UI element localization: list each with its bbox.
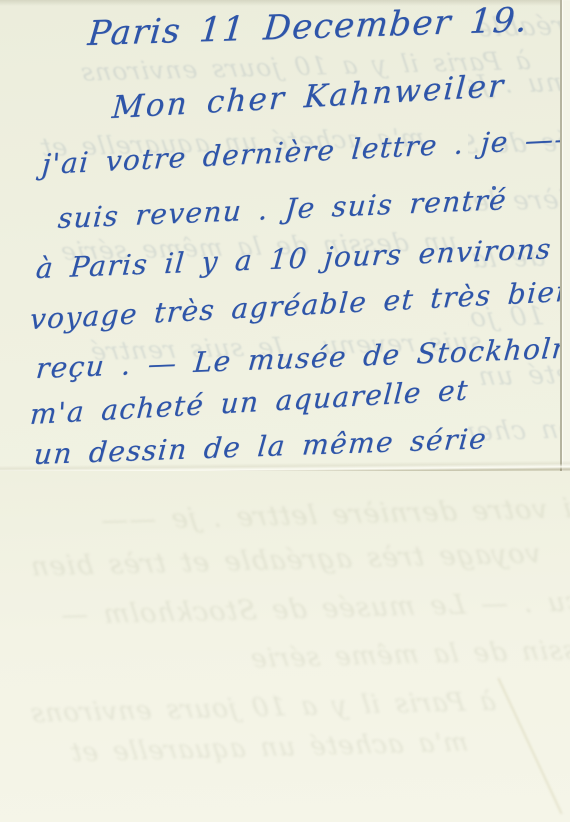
page-right-edge bbox=[560, 0, 570, 471]
ink-showthrough: voyage très agréable et très bien bbox=[28, 538, 542, 582]
ink-showthrough: m'a acheté un aquarelle et bbox=[68, 728, 470, 768]
top-edge-shadow bbox=[0, 0, 570, 6]
ink-showthrough: un dessin de la même série bbox=[248, 634, 570, 675]
date-line: Paris 11 December 19. bbox=[86, 0, 530, 54]
ink-showthrough: reçu . — Le musée de Stockholm — bbox=[58, 586, 570, 631]
letter-lower-blank-page: j'ai votre dernière lettre . je —— voyag… bbox=[0, 471, 570, 822]
body-line: suis revenu . Je suis rentré bbox=[57, 183, 509, 235]
ink-showthrough: à Paris il y a 10 jours environs bbox=[28, 687, 497, 729]
letter-front-page: voyage très agréable et très bien suis r… bbox=[0, 0, 570, 471]
ink-showthrough: j'ai votre dernière lettre . je —— bbox=[98, 492, 570, 536]
salutation-line: Mon cher Kahnweiler bbox=[111, 68, 507, 126]
letter-photograph: voyage très agréable et très bien suis r… bbox=[0, 0, 570, 822]
ink-dot bbox=[492, 186, 496, 190]
